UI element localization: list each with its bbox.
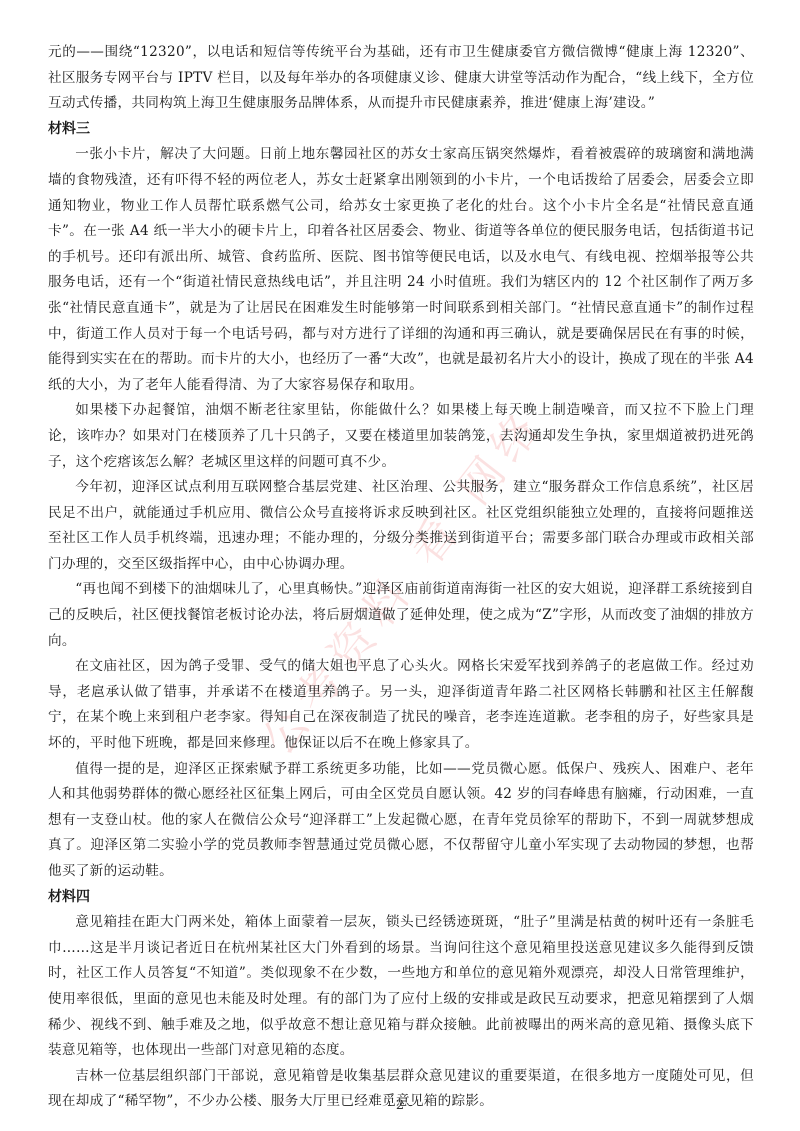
- paragraph: 如果楼下办起餐馆，油烟不断老往家里钻，你能做什么？如果楼上每天晚上制造噪音，而又…: [48, 398, 754, 475]
- paragraph-continuation: 元的——围绕“12320”，以电话和短信等传统平台为基础，还有市卫生健康委官方微…: [48, 40, 754, 117]
- paragraph: 在文庙社区，因为鸽子受罪、受气的储大姐也平息了心头火。网格长宋爱军找到养鸽子的老…: [48, 654, 754, 756]
- paragraph: 今年初，迎泽区试点利用互联网整合基层党建、社区治理、公共服务，建立“服务群众工作…: [48, 475, 754, 577]
- paragraph: 值得一提的是，迎泽区正探索赋予群工系统更多功能，比如——党员微心愿。低保户、残疾…: [48, 757, 754, 885]
- paragraph: “再也闻不到楼下的油烟味儿了，心里真畅快。”迎泽区庙前街道南海街一社区的安大姐说…: [48, 577, 754, 654]
- document-page: 元的——围绕“12320”，以电话和短信等传统平台为基础，还有市卫生健康委官方微…: [48, 40, 754, 1115]
- paragraph: 一张小卡片，解决了大问题。日前上地东馨园社区的苏女士家高压锅突然爆炸，看着被震碎…: [48, 142, 754, 398]
- page-number: - 2 -: [0, 1098, 800, 1113]
- paragraph: 意见箱挂在距大门两米处，箱体上面蒙着一层灰，锁头已经锈迹斑斑，“肚子”里满是枯黄…: [48, 910, 754, 1064]
- section-heading-material-3: 材料三: [48, 117, 754, 143]
- section-heading-material-4: 材料四: [48, 885, 754, 911]
